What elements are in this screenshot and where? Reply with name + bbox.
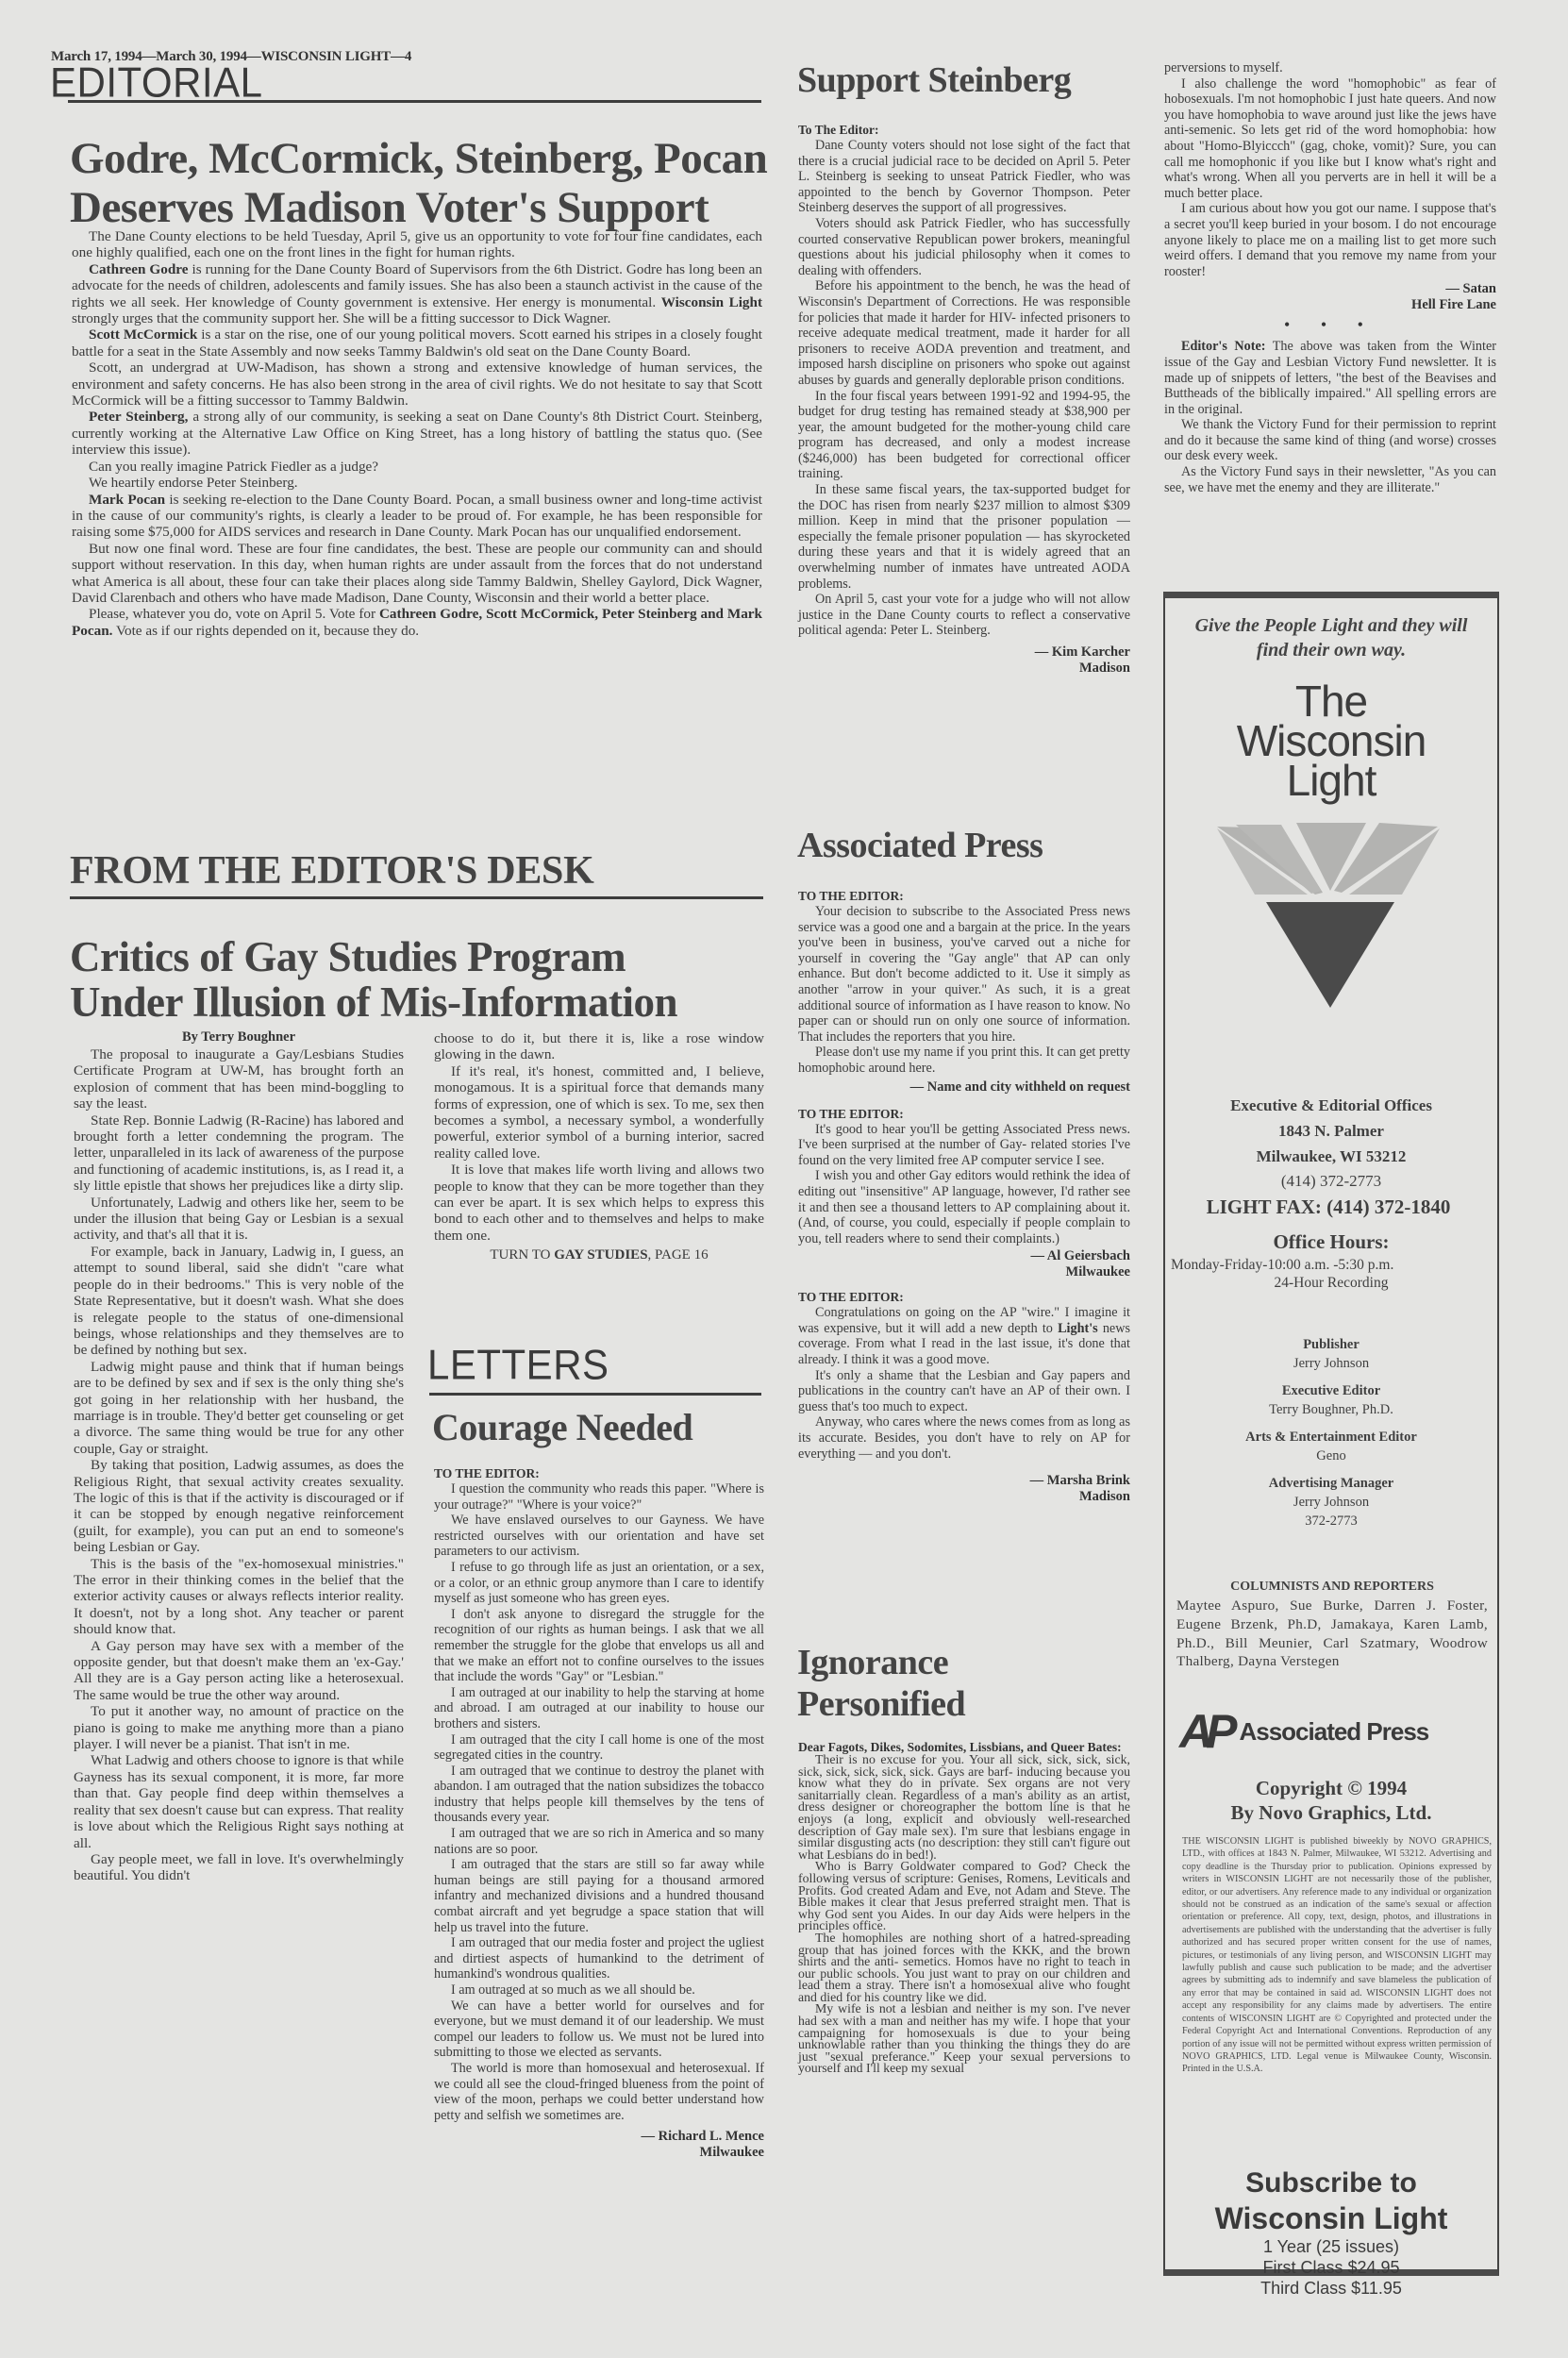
ignorance-letter-continued: perversions to myself. I also challenge … (1164, 60, 1496, 495)
ignorance-letter: Dear Fagots, Dikes, Sodomites, Lissbians… (798, 1741, 1130, 2075)
jump-text: TURN TO (490, 1247, 554, 1263)
article-paragraph: choose to do it, but there it is, like a… (434, 1030, 764, 1063)
letter-paragraph: I am outraged that our media foster and … (434, 1935, 764, 1982)
article-paragraph: Gay people meet, we fall in love. It's o… (74, 1851, 404, 1884)
signature-name: — Satan (1164, 281, 1496, 297)
jump-link-gay-studies[interactable]: GAY STUDIES (554, 1247, 647, 1263)
logo-line: Wisconsin (1163, 721, 1499, 761)
ap-logo: AP Associated Press (1179, 1708, 1491, 1755)
fax-number: LIGHT FAX: (414) 372-1840 (1158, 1194, 1499, 1220)
signature-name: — Kim Karcher (798, 644, 1130, 661)
editors-desk-headline: Critics of Gay Studies Program Under Ill… (70, 934, 768, 1025)
letter-paragraph: I am outraged at our inability to help t… (434, 1685, 764, 1732)
staff-role: Publisher (1163, 1335, 1499, 1354)
offices-title: Executive & Editorial Offices (1163, 1093, 1499, 1118)
copyright-block: Copyright © 1994 By Novo Graphics, Ltd. (1163, 1776, 1499, 1825)
letter-signature: — Name and city withheld on request (798, 1079, 1130, 1095)
address-line: Milwaukee, WI 53212 (1163, 1144, 1499, 1169)
copyright-line: Copyright © 1994 (1163, 1776, 1499, 1800)
letter-paragraph: I am outraged that the stars are still s… (434, 1857, 764, 1935)
letter-signature: — Marsha Brink Madison (798, 1473, 1130, 1505)
letter-paragraph: Dane County voters should not lose sight… (798, 138, 1130, 216)
letter-paragraph: Your decision to subscribe to the Associ… (798, 904, 1130, 1045)
staff-phone: 372-2773 (1163, 1512, 1499, 1530)
signature-name: — Al Geiersbach (798, 1248, 1130, 1264)
letter-paragraph: My wife is not a lesbian and neither is … (798, 2003, 1130, 2075)
ap-mark-icon: AP (1179, 1708, 1229, 1755)
article-paragraph: To put it another way, no amount of prac… (74, 1703, 404, 1752)
letter-paragraph: I refuse to go through life as just an o… (434, 1560, 764, 1607)
signature-city: Milwaukee (434, 2145, 764, 2161)
staff-role: Executive Editor (1163, 1381, 1499, 1400)
letter-signature: — Kim Karcher Madison (798, 644, 1130, 677)
signature-name: — Richard L. Mence (434, 2129, 764, 2145)
letter-paragraph: Their is no excuse for you. Your all sic… (798, 1754, 1130, 1861)
letter-paragraph: I question the community who reads this … (434, 1481, 764, 1513)
ignorance-headline-line2: Personified (797, 1683, 965, 1725)
support-steinberg-letter: To The Editor: Dane County voters should… (798, 123, 1130, 677)
legal-notice: THE WISCONSIN LIGHT is published biweekl… (1182, 1835, 1492, 2076)
signature-name: — Marsha Brink (798, 1473, 1130, 1489)
subscription-price-first-class: First Class $24.95 (1163, 2257, 1499, 2278)
columnists-list: Maytee Aspuro, Sue Burke, Darren J. Fost… (1176, 1597, 1488, 1671)
signature-city: Milwaukee (798, 1264, 1130, 1280)
editorial-paragraph: Mark Pocan is seeking re-election to the… (72, 492, 762, 541)
staff-entry: Advertising Manager Jerry Johnson 372-27… (1163, 1474, 1499, 1530)
letters-rule (429, 1393, 761, 1396)
columnists-title: COLUMNISTS AND REPORTERS (1176, 1578, 1488, 1597)
letter-paragraph: We can have a better world for ourselves… (434, 1998, 764, 2061)
staff-name: Geno (1163, 1447, 1499, 1465)
candidate-name: Peter Steinberg, (89, 409, 188, 425)
staff-role: Arts & Entertainment Editor (1163, 1428, 1499, 1447)
article-paragraph: If it's real, it's honest, committed and… (434, 1063, 764, 1162)
paragraph-text: strongly urges that the community suppor… (72, 310, 610, 326)
office-hours-recording: 24-Hour Recording (1163, 1274, 1499, 1292)
editors-note: Editor's Note: The above was taken from … (1164, 339, 1496, 417)
ap-name: Associated Press (1239, 1717, 1428, 1747)
support-steinberg-headline: Support Steinberg (797, 62, 1071, 98)
letter-paragraph: We have enslaved ourselves to our Gaynes… (434, 1513, 764, 1560)
ignorance-headline-line1: Ignorance (797, 1642, 965, 1683)
staff-name: Terry Boughner, Ph.D. (1163, 1400, 1499, 1419)
letter-paragraph: I am outraged that we continue to destro… (434, 1764, 764, 1826)
article-paragraph: For example, back in January, Ladwig in,… (74, 1244, 404, 1359)
letter-signature: — Al Geiersbach Milwaukee (798, 1248, 1130, 1280)
letter-paragraph: Please don't use my name if you print th… (798, 1045, 1130, 1076)
editorial-paragraph: Scott, an undergrad at UW-Madison, has s… (72, 360, 762, 409)
article-paragraph: By taking that position, Ladwig assumes,… (74, 1457, 404, 1555)
letter-paragraph: Who is Barry Goldwater compared to God? … (798, 1861, 1130, 1932)
subscription-price-third-class: Third Class $11.95 (1163, 2278, 1499, 2299)
subscribe-block: Subscribe to Wisconsin Light 1 Year (25 … (1163, 2166, 1499, 2299)
editors-desk-headline-line1: Critics of Gay Studies Program (70, 934, 768, 979)
letter-salutation: TO THE EDITOR: (798, 889, 1130, 904)
ignorance-headline: Ignorance Personified (797, 1642, 965, 1725)
editors-note-label: Editor's Note: (1181, 339, 1265, 354)
candidate-name: Scott McCormick (89, 326, 197, 343)
editorial-paragraph: We heartily endorse Peter Steinberg. (72, 475, 762, 491)
staff-entry: Executive Editor Terry Boughner, Ph.D. (1163, 1381, 1499, 1419)
article-paragraph: It is love that makes life worth living … (434, 1162, 764, 1244)
editors-desk-column-1: The proposal to inaugurate a Gay/Lesbian… (74, 1046, 404, 1884)
editorial-paragraph: Scott McCormick is a star on the rise, o… (72, 326, 762, 360)
byline: By Terry Boughner (74, 1029, 404, 1045)
letter-paragraph: I am outraged at so much as we all shoul… (434, 1982, 764, 1998)
subscribe-headline: Wisconsin Light (1163, 2200, 1499, 2236)
article-paragraph: What Ladwig and others choose to ignore … (74, 1752, 404, 1850)
staff-entry: Arts & Entertainment Editor Geno (1163, 1428, 1499, 1465)
editorial-headline: Godre, McCormick, Steinberg, Pocan Deser… (70, 134, 768, 232)
letter-paragraph: I wish you and other Gay editors would r… (798, 1168, 1130, 1246)
editorial-body: The Dane County elections to be held Tue… (72, 228, 762, 639)
candidate-name: Mark Pocan (89, 492, 165, 508)
letter-paragraph: In the four fiscal years between 1991-92… (798, 389, 1130, 483)
masthead-staff: Publisher Jerry Johnson Executive Editor… (1163, 1335, 1499, 1530)
letter-paragraph: In these same fiscal years, the tax-supp… (798, 482, 1130, 592)
letter-salutation: TO THE EDITOR: (798, 1107, 1130, 1122)
staff-entry: Publisher Jerry Johnson (1163, 1335, 1499, 1373)
office-hours: Monday-Friday-10:00 a.m. -5:30 p.m. (1163, 1256, 1499, 1274)
publication-name: Wisconsin Light (661, 294, 762, 310)
section-label-editorial: EDITORIAL (50, 61, 262, 105)
article-paragraph: This is the basis of the "ex-homosexual … (74, 1556, 404, 1638)
paragraph-text: Vote as if our rights depended on it, be… (116, 623, 419, 639)
letter-paragraph: It's good to hear you'll be getting Asso… (798, 1122, 1130, 1169)
candidate-name: Cathreen Godre (89, 261, 189, 277)
letter-paragraph: Voters should ask Patrick Fiedler, who h… (798, 216, 1130, 278)
copyright-line: By Novo Graphics, Ltd. (1163, 1800, 1499, 1825)
editorial-paragraph: Please, whatever you do, vote on April 5… (72, 606, 762, 639)
address-line: 1843 N. Palmer (1163, 1118, 1499, 1144)
phone-number: (414) 372-2773 (1163, 1169, 1499, 1194)
article-paragraph: A Gay person may have sex with a member … (74, 1638, 404, 1704)
letter-salutation: TO THE EDITOR: (434, 1466, 764, 1481)
article-paragraph: The proposal to inaugurate a Gay/Lesbian… (74, 1046, 404, 1112)
editors-desk-column-2: choose to do it, but there it is, like a… (434, 1030, 764, 1263)
letter-salutation: TO THE EDITOR: (798, 1290, 1130, 1305)
editors-desk-rule (70, 896, 763, 899)
article-paragraph: Unfortunately, Ladwig and others like he… (74, 1195, 404, 1244)
signature-city: Hell Fire Lane (1164, 297, 1496, 313)
associated-press-letters: TO THE EDITOR: Your decision to subscrib… (798, 889, 1130, 1505)
article-paragraph: Ladwig might pause and think that if hum… (74, 1359, 404, 1457)
letter-paragraph: I am curious about how you got our name.… (1164, 201, 1496, 279)
letter-signature: — Richard L. Mence Milwaukee (434, 2129, 764, 2161)
editors-note: We thank the Victory Fund for their perm… (1164, 417, 1496, 464)
letter-paragraph: I don't ask anyone to disregard the stru… (434, 1607, 764, 1685)
editorial-paragraph: Can you really imagine Patrick Fiedler a… (72, 459, 762, 475)
paragraph-text: Please, whatever you do, vote on April 5… (89, 606, 375, 622)
paragraph-text: is seeking re-election to the Dane Count… (72, 492, 762, 541)
letter-paragraph: The world is more than homosexual and he… (434, 2061, 764, 2123)
editorial-headline-line2: Deserves Madison Voter's Support (70, 183, 768, 232)
letter-paragraph: I am outraged that the city I call home … (434, 1732, 764, 1764)
logo-line: Light (1163, 761, 1499, 800)
masthead-contact: Executive & Editorial Offices 1843 N. Pa… (1163, 1093, 1499, 1292)
section-label-editors-desk: FROM THE EDITOR'S DESK (70, 849, 593, 893)
editorial-rule (68, 100, 761, 103)
staff-role: Advertising Manager (1163, 1474, 1499, 1493)
letter-paragraph: The homophiles are nothing short of a ha… (798, 1932, 1130, 2004)
publication-name: Light's (1058, 1321, 1098, 1336)
letter-paragraph: Congratulations on going on the AP "wire… (798, 1305, 1130, 1367)
signature-name: — Name and city withheld on request (798, 1079, 1130, 1095)
jump-text: , PAGE 16 (648, 1247, 709, 1263)
courage-letter: TO THE EDITOR: I question the community … (434, 1466, 764, 2161)
letter-paragraph: I also challenge the word "homophobic" a… (1164, 76, 1496, 202)
subscribe-headline: Subscribe to (1163, 2166, 1499, 2200)
editorial-headline-line1: Godre, McCormick, Steinberg, Pocan (70, 134, 768, 183)
staff-name: Jerry Johnson (1163, 1354, 1499, 1373)
editorial-paragraph: Peter Steinberg, a strong ally of our co… (72, 409, 762, 458)
separator-dots: • • • (1164, 315, 1496, 335)
editorial-paragraph: The Dane County elections to be held Tue… (72, 228, 762, 261)
subscription-term: 1 Year (25 issues) (1163, 2236, 1499, 2257)
editorial-paragraph: But now one final word. These are four f… (72, 541, 762, 607)
article-paragraph: State Rep. Bonnie Ladwig (R-Racine) has … (74, 1112, 404, 1195)
staff-name: Jerry Johnson (1163, 1493, 1499, 1512)
signature-city: Madison (798, 661, 1130, 677)
letter-paragraph: I am outraged that we are so rich in Ame… (434, 1826, 764, 1857)
letter-paragraph: perversions to myself. (1164, 60, 1496, 76)
logo-line: The (1163, 681, 1499, 721)
triangle-rays-logo-icon (1217, 821, 1443, 1010)
letter-paragraph: Before his appointment to the bench, he … (798, 278, 1130, 388)
section-label-letters: LETTERS (427, 1344, 609, 1387)
editors-note: As the Victory Fund says in their newsle… (1164, 464, 1496, 495)
courage-headline: Courage Needed (432, 1409, 692, 1447)
signature-city: Madison (798, 1489, 1130, 1505)
columnists-block: COLUMNISTS AND REPORTERS Maytee Aspuro, … (1176, 1578, 1488, 1671)
letter-signature: — Satan Hell Fire Lane (1164, 281, 1496, 313)
masthead-logo-text: The Wisconsin Light (1163, 681, 1499, 800)
letter-salutation: To The Editor: (798, 123, 1130, 138)
letter-paragraph: Anyway, who cares where the news comes f… (798, 1414, 1130, 1462)
masthead-tagline: Give the People Light and they will find… (1179, 613, 1483, 662)
office-hours-title: Office Hours: (1163, 1228, 1499, 1256)
jump-line: TURN TO GAY STUDIES, PAGE 16 (434, 1247, 764, 1263)
letter-paragraph: On April 5, cast your vote for a judge w… (798, 592, 1130, 639)
associated-press-headline: Associated Press (797, 828, 1043, 863)
editors-desk-headline-line2: Under Illusion of Mis-Information (70, 979, 768, 1025)
editorial-paragraph: Cathreen Godre is running for the Dane C… (72, 261, 762, 327)
letter-paragraph: It's only a shame that the Lesbian and G… (798, 1368, 1130, 1415)
